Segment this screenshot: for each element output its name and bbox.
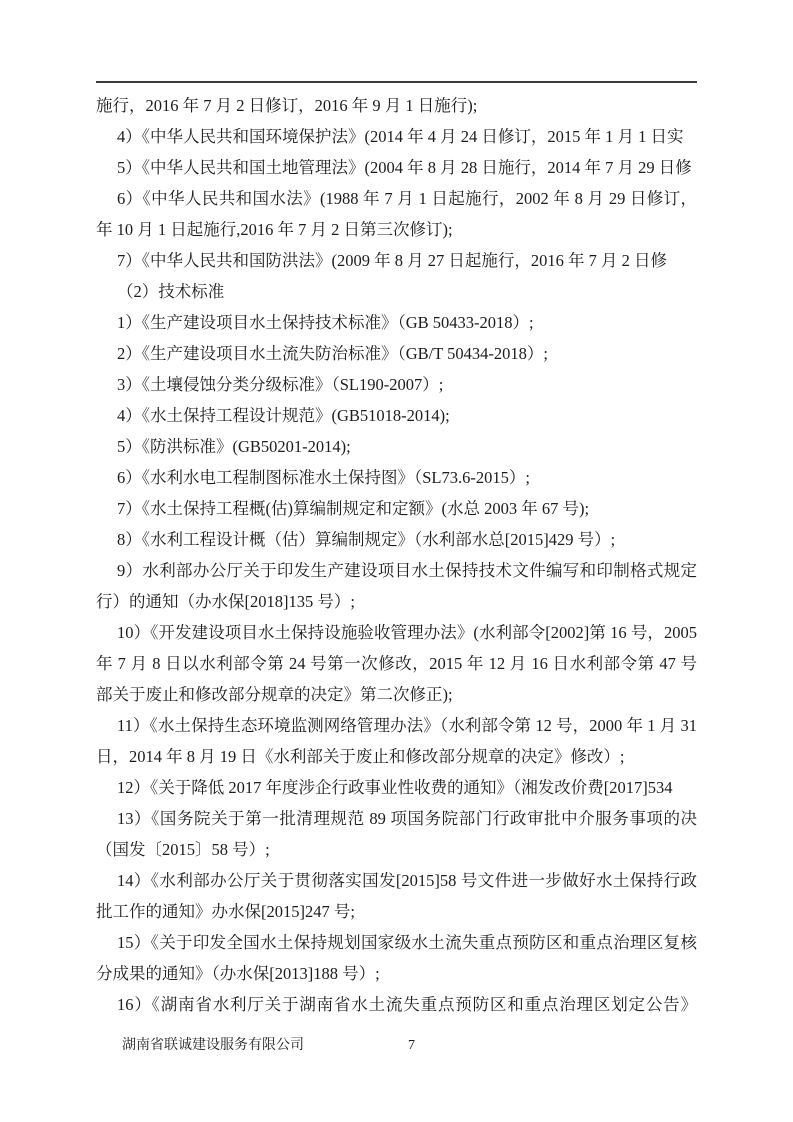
text-line: 5）《防洪标准》(GB50201-2014);	[96, 431, 697, 462]
text-line: 年 10 月 1 日起施行,2016 年 7 月 2 日第三次修订);	[96, 214, 697, 245]
text-line: 施行，2016 年 7 月 2 日修订，2016 年 9 月 1 日施行);	[96, 90, 697, 121]
text-line: 1）《生产建设项目水土保持技术标准》（GB 50433-2018）;	[96, 307, 697, 338]
text-line: 6）《水利水电工程制图标准水土保持图》（SL73.6-2015）;	[96, 462, 697, 493]
text-line: 13）《国务院关于第一批清理规范 89 项国务院部门行政审批中介服务事项的决定》	[96, 803, 697, 834]
body-text: 施行，2016 年 7 月 2 日修订，2016 年 9 月 1 日施行);4）…	[96, 90, 697, 1020]
text-line: 2）《生产建设项目水土流失防治标准》（GB/T 50434-2018）;	[96, 338, 697, 369]
text-line: 9）水利部办公厅关于印发生产建设项目水土保持技术文件编写和印制格式规定（试	[96, 555, 697, 586]
footer-company-name: 湖南省联诚建设服务有限公司	[122, 1032, 304, 1060]
text-line: 16）《湖南省水利厅关于湖南省水土流失重点预防区和重点治理区划定公告》（2017	[96, 989, 697, 1020]
text-line: （2）技术标准	[96, 276, 697, 307]
text-line: 批工作的通知》办水保[2015]247 号;	[96, 896, 697, 927]
text-line: 部关于废止和修改部分规章的决定》第二次修正);	[96, 679, 697, 710]
text-line: 4）《水土保持工程设计规范》(GB51018-2014);	[96, 400, 697, 431]
document-page: 施行，2016 年 7 月 2 日修订，2016 年 9 月 1 日施行);4）…	[0, 0, 793, 1122]
text-line: 年 7 月 8 日以水利部令第 24 号第一次修改，2015 年 12 月 16…	[96, 648, 697, 679]
text-line: 6）《中华人民共和国水法》(1988 年 7 月 1 日起施行，2002 年 8…	[96, 183, 697, 214]
text-line: 12）《关于降低 2017 年度涉企行政事业性收费的通知》（湘发改价费[2017…	[96, 772, 697, 803]
text-line: 3）《土壤侵蚀分类分级标准》（SL190-2007）;	[96, 369, 697, 400]
text-line: 日，2014 年 8 月 19 日《水利部关于废止和修改部分规章的决定》修改）;	[96, 741, 697, 772]
text-line: 7）《中华人民共和国防洪法》(2009 年 8 月 27 日起施行，2016 年…	[96, 245, 697, 276]
header-rule	[96, 81, 697, 83]
text-line: 行）的通知（办水保[2018]135 号）;	[96, 586, 697, 617]
text-line: 分成果的通知》（办水保[2013]188 号）;	[96, 958, 697, 989]
text-line: 4）《中华人民共和国环境保护法》(2014 年 4 月 24 日修订，2015 …	[96, 121, 697, 152]
text-line: （国发〔2015〕58 号）;	[96, 834, 697, 865]
text-line: 8）《水利工程设计概（估）算编制规定》（水利部水总[2015]429 号）;	[96, 524, 697, 555]
text-line: 11）《水土保持生态环境监测网络管理办法》（水利部令第 12 号，2000 年 …	[96, 710, 697, 741]
text-line: 5）《中华人民共和国土地管理法》(2004 年 8 月 28 日施行，2014 …	[96, 152, 697, 183]
page-footer: 湖南省联诚建设服务有限公司 7	[0, 1032, 793, 1060]
text-line: 7）《水土保持工程概(估)算编制规定和定额》(水总 2003 年 67 号);	[96, 493, 697, 524]
footer-page-number: 7	[408, 1032, 415, 1060]
text-line: 14）《水利部办公厅关于贯彻落实国发[2015]58 号文件进一步做好水土保持行…	[96, 865, 697, 896]
text-line: 15）《关于印发全国水土保持规划国家级水土流失重点预防区和重点治理区复核划	[96, 927, 697, 958]
text-line: 10）《开发建设项目水土保持设施验收管理办法》(水利部令[2002]第 16 号…	[96, 617, 697, 648]
